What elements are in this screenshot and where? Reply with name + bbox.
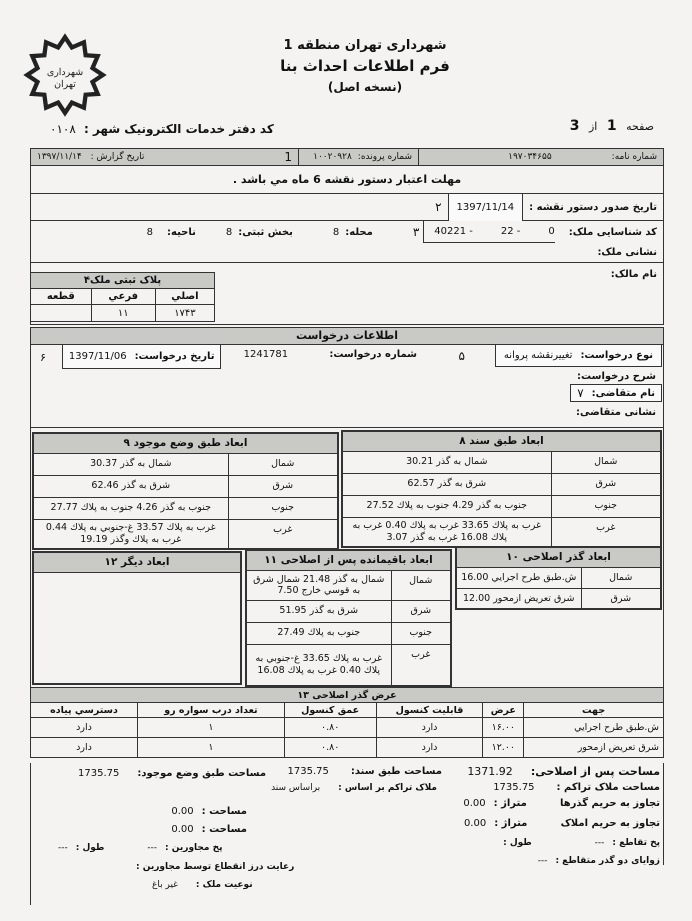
table-row: شرق تعريض ازمحور ۱۲.۰۰ دارد ۰.۸۰ ۱ دارد — [31, 738, 664, 758]
dims-remaining-value: غرب به پلاك 33.65 غ-جنوبي به پلاك 0.40 غ… — [246, 644, 391, 686]
dims-remaining-table: ابعاد باقیمانده پس از اصلاحی ۱۱ شمالشمال… — [245, 549, 452, 687]
issue-date-value: 1397/11/14 — [448, 194, 524, 221]
intersection-angle-value: --- — [538, 856, 548, 866]
file-number-value: ۱۰۰۲۰۹۲۸ — [313, 152, 352, 162]
request-date: تاریخ درخواست: 1397/11/06 ۶ — [40, 345, 221, 369]
area-existing-label: مساحت طبق وضع موجود: — [137, 768, 266, 779]
density-area: مساحت ملاک تراکم :1735.75 — [493, 782, 660, 793]
dims-street-table: ابعاد گذر اصلاحی ۱۰ شمالش.طبق طرح اجرايي… — [455, 546, 662, 610]
dims-remaining-side: شرق — [391, 600, 451, 622]
request-date-label: تاریخ درخواست: — [135, 351, 215, 362]
density-area-label: مساحت ملاک تراکم : — [557, 782, 660, 793]
page-label: صفحه — [626, 120, 654, 133]
street-encroachment-meter-label: متراژ : — [494, 798, 527, 809]
property-type: نوعیت ملک :غیر باغ — [152, 880, 253, 890]
dims-existing-side: شمال — [228, 453, 338, 475]
nahie-value: 8 — [147, 227, 153, 238]
property-address-row: نشانی ملک: — [30, 243, 664, 263]
dims-other-title: ابعاد دیگر ۱۲ — [33, 552, 241, 572]
nahie-label: ناحیه: — [167, 227, 196, 238]
request-type-value: تغییرنقشه پروانه — [504, 350, 573, 361]
dims-existing-title: ابعاد طبق وضع موجود ۹ — [33, 433, 338, 453]
applicant-name: نام متقاضی: ۷ — [570, 384, 662, 402]
cell: دارد — [376, 718, 483, 738]
intersection-length-label: طول : — [503, 838, 532, 848]
area-after-correction-value: 1371.92 — [467, 765, 513, 778]
property-type-value: غیر باغ — [152, 880, 178, 890]
property-id-row: کد شناسایی ملک: 0 - 22 - 40221 ۳ محله: 8… — [30, 221, 664, 243]
gap-compliance-label: رعایت درز انقطاع توسط مجاورین : — [136, 862, 294, 872]
applicant-address: نشانی متقاضی: — [568, 407, 656, 418]
dims-remaining-side: غرب — [391, 644, 451, 686]
property-id-part-1: 0 — [548, 226, 554, 237]
street-encroachment-area: مساحت :0.00 — [171, 806, 247, 817]
area-existing-value: 1735.75 — [78, 768, 119, 779]
letter-number: شماره نامه: ۱۹۷۰۳۴۶۵۵ — [418, 149, 663, 165]
letter-number-label: شماره نامه: — [612, 152, 657, 162]
file-number: شماره پرونده: ۱۰۰۲۰۹۲۸ — [298, 149, 418, 165]
dims-existing-table: ابعاد طبق وضع موجود ۹ شمالشمال به گذر 30… — [32, 432, 339, 550]
request-description-label: شرح درخواست: — [577, 371, 656, 382]
dims-other-body — [33, 572, 241, 684]
request-number-value: 1241781 — [244, 349, 289, 360]
report-date-value: ۱۳۹۷/۱۱/۱۴ — [37, 152, 82, 162]
dims-deed-side: جنوب — [551, 495, 661, 517]
mahalle-label: محله: — [345, 227, 373, 238]
table-row: ش.طبق طرح اجرايي ۱۶.۰۰ دارد ۰.۸۰ ۱ دارد — [31, 718, 664, 738]
cell: ش.طبق طرح اجرايي — [524, 718, 664, 738]
dims-remaining-side: جنوب — [391, 622, 451, 644]
dims-deed-value: شمال به گذر 30.21 — [342, 451, 551, 473]
property-encroachment-area-label: مساحت : — [202, 824, 247, 835]
cell: دارد — [31, 738, 138, 758]
intersection-cut-value: --- — [595, 838, 605, 848]
dims-existing-side: شرق — [228, 475, 338, 497]
col-pedestrian-access: دسترسي پياده — [31, 703, 138, 718]
plak-main-value: ۱۷۴۳ — [155, 305, 214, 322]
intersection-cut-label: پخ تقاطع : — [612, 838, 660, 848]
col-console-depth: عمق كنسول — [284, 703, 376, 718]
street-encroachment-area-label: مساحت : — [202, 806, 247, 817]
cell: دارد — [31, 718, 138, 738]
plak-title: پلاک ثبتی ملک۴ — [31, 273, 215, 289]
dims-deed-value: غرب به پلاك 33.65 غرب به پلاك 0.40 غرب ب… — [342, 517, 551, 547]
street-encroachment: تجاوز به حریم گذرها متراژ :0.00 — [463, 798, 660, 809]
registration-plak-table: پلاک ثبتی ملک۴ اصلي فرعي قطعه ۱۷۴۳ ۱۱ — [30, 272, 215, 322]
property-id-value: 0 - 22 - 40221 — [423, 221, 555, 243]
cell: ۱ — [138, 718, 285, 738]
cell: ۱ — [138, 738, 285, 758]
form-title: فرم اطلاعات احداث بنا — [200, 57, 530, 75]
bakhsh-value: 8 — [226, 227, 232, 238]
plak-col-sub: فرعي — [91, 289, 155, 305]
neighbors-cut-value: --- — [147, 843, 157, 853]
property-encroachment-label: تجاوز به حریم املاک — [561, 818, 660, 829]
property-encroachment-meter-value: 0.00 — [464, 818, 486, 829]
svg-text:تهران: تهران — [54, 79, 76, 90]
dims-existing-value: غرب به پلاك 33.57 غ-جنوبي به پلاك 0.44 غ… — [33, 519, 228, 549]
dims-remaining-value: جنوب به پلاك 27.49 — [246, 622, 391, 644]
marker-6: ۶ — [40, 351, 46, 364]
validity-notice: مهلت اعتبار دستور نقشه 6 ماه مي باشد . — [30, 166, 664, 194]
density-area-value: 1735.75 — [493, 782, 534, 793]
plak-col-section: قطعه — [31, 289, 92, 305]
page-total: 3 — [570, 118, 580, 134]
bakhsh-label: بخش ثبتی: — [238, 227, 293, 238]
cell: شرق تعريض ازمحور — [524, 738, 664, 758]
marker-3: ۳ — [413, 225, 419, 239]
street-encroachment-label: تجاوز به حریم گذرها — [560, 798, 660, 809]
street-width-table: عرض گذر اصلاحی ۱۳ جهت عرض قابليت كنسول ع… — [30, 687, 664, 758]
page-of-label: از — [589, 120, 597, 133]
letter-number-value: ۱۹۷۰۳۴۶۵۵ — [508, 152, 552, 162]
gap-compliance: رعایت درز انقطاع توسط مجاورین : — [128, 862, 294, 872]
street-width-title: عرض گذر اصلاحی ۱۳ — [31, 688, 664, 703]
dims-existing-value: شمال به گذر 30.37 — [33, 453, 228, 475]
street-encroachment-area-value: 0.00 — [171, 806, 193, 817]
dims-deed-title: ابعاد طبق سند ۸ — [342, 431, 661, 451]
page-current: 1 — [607, 118, 617, 134]
dims-street-value: ش.طبق طرح اجرايي 16.00 — [456, 567, 581, 588]
dims-deed-value: جنوب به گذر 4.29 جنوب به پلاك 27.52 — [342, 495, 551, 517]
dims-street-side: شرق — [581, 588, 661, 609]
area-existing: مساحت طبق وضع موجود:1735.75 — [78, 768, 266, 779]
col-console-capable: قابليت كنسول — [376, 703, 483, 718]
dims-remaining-value: شرق به گذر 51.95 — [246, 600, 391, 622]
dims-other-table: ابعاد دیگر ۱۲ — [32, 551, 242, 685]
property-encroachment-meter-label: متراژ : — [494, 818, 527, 829]
property-id-label: کد شناسایی ملک: — [569, 227, 657, 238]
marker-5: ۵ — [458, 349, 464, 363]
plak-title-text: پلاک ثبتی ملک — [90, 275, 161, 286]
request-description: شرح درخواست: — [569, 371, 656, 382]
issue-date-row: تاریخ صدور دستور نقشه : 1397/11/14 ۲ — [30, 194, 664, 221]
col-direction: جهت — [524, 703, 664, 718]
applicant-name-label: نام متقاضی: — [592, 388, 655, 399]
page-indicator: صفحه 1 از 3 — [564, 118, 654, 134]
office-code-label: کد دفتر خدمات الکترونیک شهر : — [84, 122, 274, 136]
property-id-part-3: 40221 — [434, 226, 466, 237]
office-code: کد دفتر خدمات الکترونیک شهر : ۰۱۰۸ — [50, 122, 290, 136]
document-meta-bar: شماره نامه: ۱۹۷۰۳۴۶۵۵ شماره پرونده: ۱۰۰۲… — [30, 148, 664, 166]
plak-col-main: اصلي — [155, 289, 214, 305]
cell: ۰.۸۰ — [284, 718, 376, 738]
report-date: 1 تاریخ گزارش : ۱۳۹۷/۱۱/۱۴ — [31, 149, 298, 165]
request-type: نوع درخواست: تغییرنقشه پروانه ۵ — [458, 345, 662, 367]
density-basis: ملاک تراکم بر اساس :براساس سند — [271, 783, 437, 793]
col-width: عرض — [483, 703, 524, 718]
report-date-label: تاریخ گزارش : — [91, 152, 145, 162]
col-vehicle-doors: تعداد درب سواره رو — [138, 703, 285, 718]
street-encroachment-meter-value: 0.00 — [463, 798, 485, 809]
property-encroachment: تجاوز به حریم املاک متراژ :0.00 — [464, 818, 660, 829]
request-number-label: شماره درخواست: — [329, 349, 417, 360]
intersection-angle: زوایای دو گذر متقاطع :--- — [538, 856, 660, 866]
cell: ۰.۸۰ — [284, 738, 376, 758]
cell: دارد — [376, 738, 483, 758]
neighbors-length-label: طول : — [76, 843, 105, 853]
property-encroachment-area: مساحت :0.00 — [171, 824, 247, 835]
marker-2: ۲ — [435, 200, 441, 214]
neighbors-length-value: --- — [58, 843, 68, 853]
dims-remaining-side: شمال — [391, 570, 451, 600]
dims-street-title: ابعاد گذر اصلاحی ۱۰ — [456, 547, 661, 567]
area-deed-value: 1735.75 — [288, 766, 329, 777]
area-deed-label: مساحت طبق سند: — [351, 766, 442, 777]
request-date-value: 1397/11/06 — [69, 351, 127, 362]
area-after-correction-label: مساحت پس از اصلاحی: — [531, 765, 660, 778]
cell: ۱۲.۰۰ — [483, 738, 524, 758]
marker-7: ۷ — [577, 386, 583, 400]
dims-deed-value: شرق به گذر 62.57 — [342, 473, 551, 495]
neighbors-cut-label: پخ مجاورین : — [165, 843, 222, 853]
office-code-value: ۰۱۰۸ — [50, 122, 76, 136]
dims-deed-side: شرق — [551, 473, 661, 495]
intersection-angle-label: زوایای دو گذر متقاطع : — [555, 856, 660, 866]
dims-street-side: شمال — [581, 567, 661, 588]
left-border-line — [30, 865, 31, 905]
area-after-correction: مساحت پس از اصلاحی:1371.92 — [467, 765, 660, 778]
municipality-name: شهرداری تهران منطقه 1 — [200, 38, 530, 53]
request-section-title: اطلاعات درخواست — [30, 327, 664, 345]
plak-sub-value: ۱۱ — [91, 305, 155, 322]
applicant-address-label: نشانی متقاضی: — [576, 407, 656, 418]
svg-text:شهرداری: شهرداری — [47, 67, 83, 78]
dims-deed-table: ابعاد طبق سند ۸ شمالشمال به گذر 30.21 شر… — [341, 430, 662, 548]
dims-remaining-value: شمال به گذر 21.48 شمال شرق به قوسي خارج … — [246, 570, 391, 600]
mahalle-value: 8 — [333, 227, 339, 238]
intersection-cut: پخ تقاطع :--- طول : — [495, 838, 660, 848]
request-number: شماره درخواست: 1241781 — [244, 349, 417, 360]
dims-deed-side: غرب — [551, 517, 661, 547]
owner-label: نام مالک: — [611, 269, 657, 280]
density-basis-value: براساس سند — [271, 783, 320, 793]
property-encroachment-area-value: 0.00 — [171, 824, 193, 835]
density-basis-label: ملاک تراکم بر اساس : — [338, 783, 437, 793]
dims-deed-side: شمال — [551, 451, 661, 473]
dims-existing-side: غرب — [228, 519, 338, 549]
property-type-label: نوعیت ملک : — [196, 880, 253, 890]
dims-remaining-title: ابعاد باقیمانده پس از اصلاحی ۱۱ — [246, 550, 451, 570]
dims-street-value: شرق تعريض ازمحور 12.00 — [456, 588, 581, 609]
neighbors-cut: پخ مجاورین :--- طول :--- — [58, 843, 222, 853]
plak-section-value — [31, 305, 92, 322]
copy-type: (نسخه اصل) — [200, 80, 530, 94]
dims-existing-value: شرق به گذر 62.46 — [33, 475, 228, 497]
dims-existing-side: جنوب — [228, 497, 338, 519]
dims-existing-value: جنوب به گذر 4.26 جنوب به پلاك 27.77 — [33, 497, 228, 519]
issue-date-label: تاریخ صدور دستور نقشه : — [529, 202, 657, 213]
tehran-municipality-logo-icon: شهرداری تهران — [22, 32, 108, 118]
property-address-label: نشانی ملک: — [597, 247, 657, 258]
property-id-part-2: 22 — [501, 226, 514, 237]
area-deed: مساحت طبق سند:1735.75 — [288, 766, 442, 777]
file-number-label: شماره پرونده: — [358, 152, 412, 162]
request-type-label: نوع درخواست: — [580, 350, 653, 361]
marker-1: 1 — [284, 150, 292, 164]
cell: ۱۶.۰۰ — [483, 718, 524, 738]
